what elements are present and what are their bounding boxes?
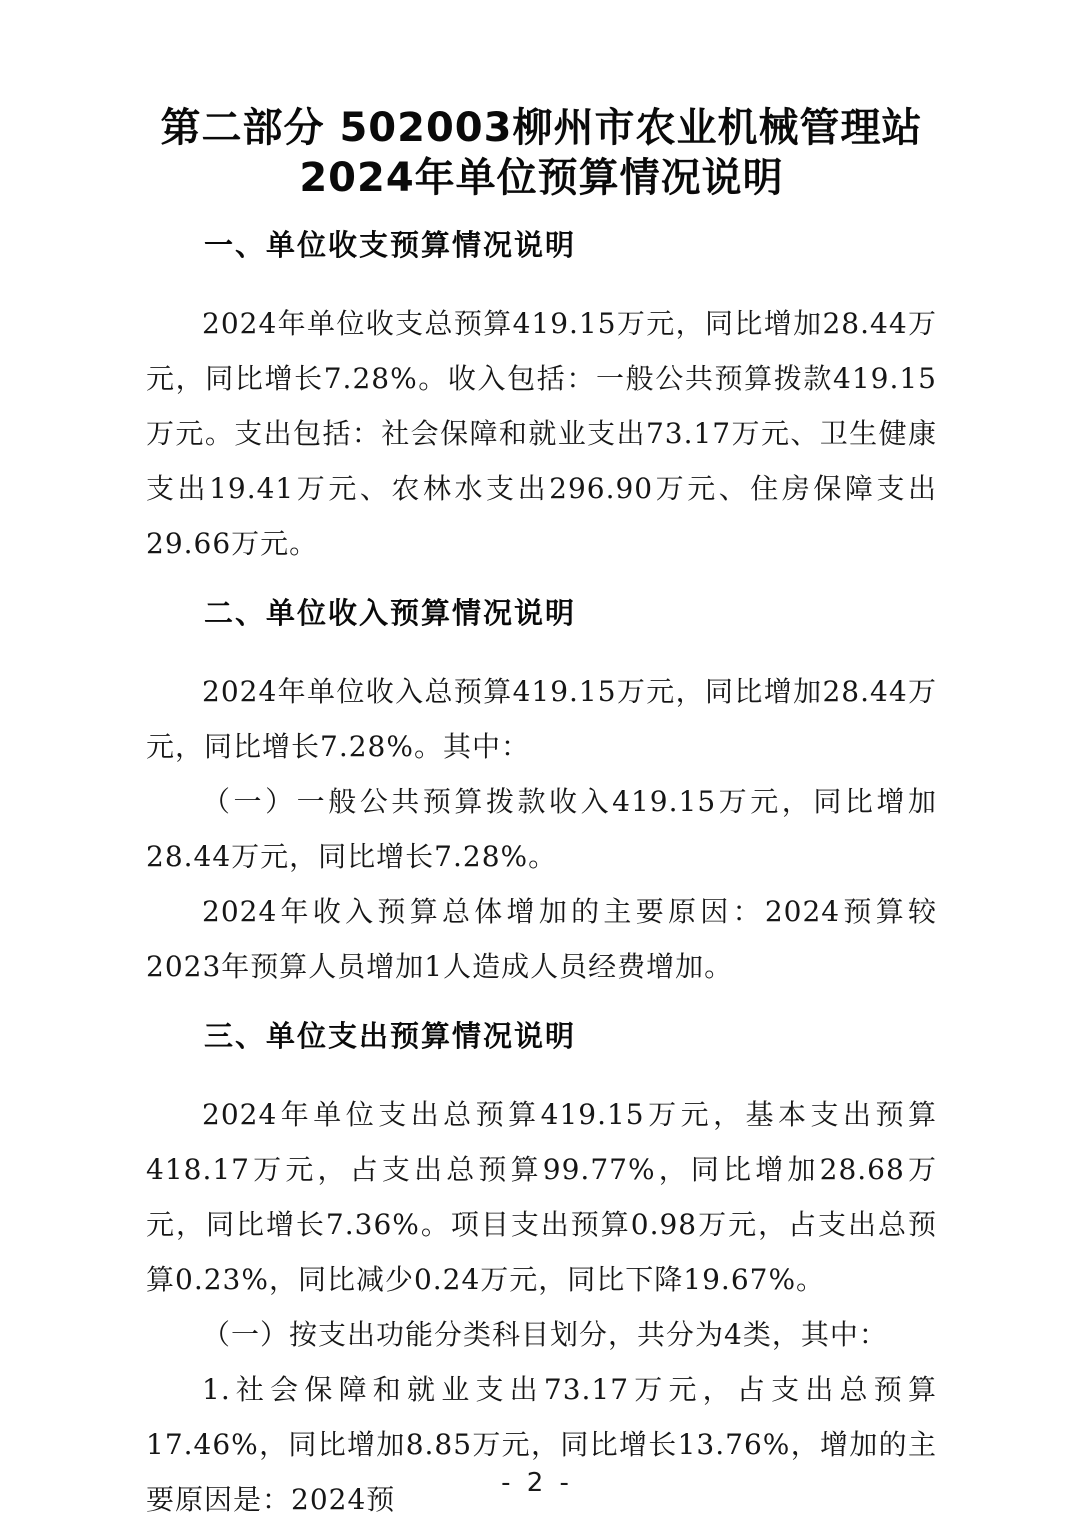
section-2-paragraph-2: （一）一般公共预算拨款收入419.15万元，同比增加28.44万元，同比增长7.… — [146, 774, 937, 884]
document-page: 第二部分 502003柳州市农业机械管理站 2024年单位预算情况说明 一、单位… — [0, 0, 1074, 1520]
document-title: 第二部分 502003柳州市农业机械管理站 2024年单位预算情况说明 — [146, 103, 937, 203]
section-1-paragraph-1: 2024年单位收支总预算419.15万元，同比增加28.44万元，同比增长7.2… — [146, 296, 937, 571]
document-content: 第二部分 502003柳州市农业机械管理站 2024年单位预算情况说明 一、单位… — [0, 0, 1074, 1520]
section-3-paragraph-2: （一）按支出功能分类科目划分，共分为4类，其中： — [146, 1307, 937, 1362]
section-heading-1: 一、单位收支预算情况说明 — [146, 218, 937, 273]
section-2-paragraph-3: 2024年收入预算总体增加的主要原因：2024预算较2023年预算人员增加1人造… — [146, 884, 937, 994]
document-title-line-2: 2024年单位预算情况说明 — [146, 153, 937, 203]
section-2-paragraph-1: 2024年单位收入总预算419.15万元，同比增加28.44万元，同比增长7.2… — [146, 664, 937, 774]
document-title-line-1: 第二部分 502003柳州市农业机械管理站 — [146, 103, 937, 153]
section-3-paragraph-1: 2024年单位支出总预算419.15万元，基本支出预算418.17万元，占支出总… — [146, 1087, 937, 1307]
section-heading-2: 二、单位收入预算情况说明 — [146, 586, 937, 641]
page-number: - 2 - — [0, 1468, 1074, 1498]
section-heading-3: 三、单位支出预算情况说明 — [146, 1009, 937, 1064]
